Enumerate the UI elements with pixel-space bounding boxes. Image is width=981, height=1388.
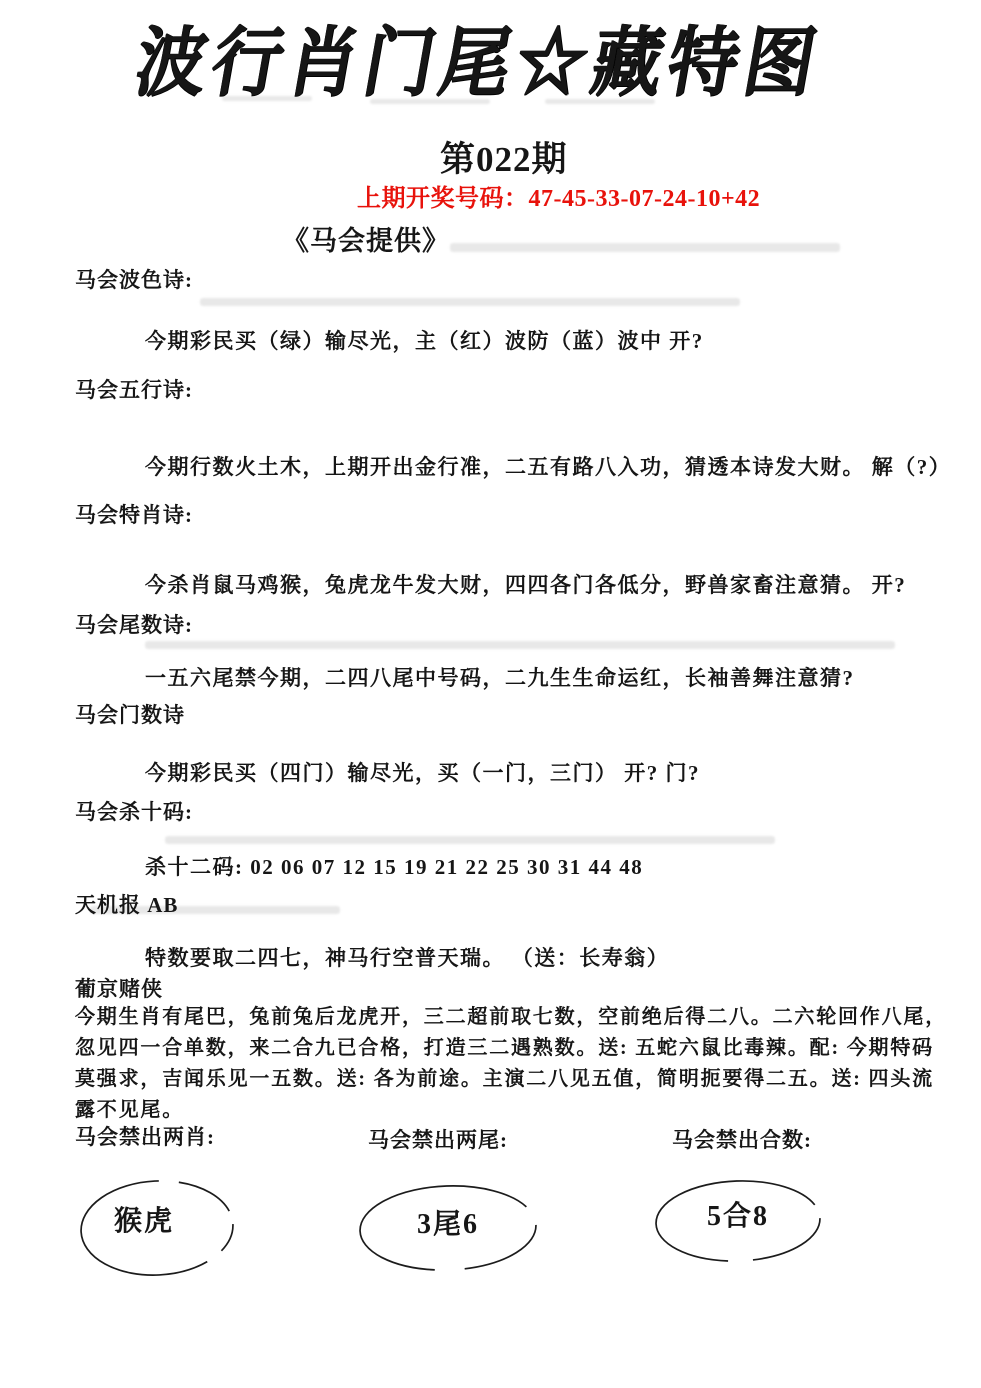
scan-smudge [222,96,312,101]
forbidden-zodiac-value: 猴虎 [62,1167,226,1271]
poem-wave-color: 今期彩民买（绿）输尽光，主（红）波防（蓝）波中 开? [145,325,704,355]
poem-tail-number: 一五六尾禁今期，二四八尾中号码，二九生生命运红，长袖善舞注意猜? [145,662,855,692]
scan-smudge [450,243,840,252]
pujing-line: 莫强求，吉闻乐见一五数。送: 各为前途。主演二八见五值，简明扼要得二五。送: 四… [75,1064,935,1095]
last-draw-numbers: 上期开奖号码：47-45-33-07-24-10+42 [357,178,760,213]
scan-smudge [200,298,740,306]
section-heading-gate-number: 马会门数诗 [75,699,185,729]
section-heading-kill-codes: 马会杀十码: [75,796,193,826]
pujing-line: 忽见四一合单数，来二合九已合格，打造三二遇熟数。送: 五蛇六鼠比毒辣。配: 今期… [75,1033,935,1064]
forbidden-tail-value: 3尾6 [352,1176,544,1268]
section-heading-tail-number: 马会尾数诗: [75,609,193,639]
forbidden-tail-badge: 3尾6 [352,1182,544,1274]
section-heading-tianji-report: 天机报 AB [75,889,178,919]
kill-codes-line: 杀十二码: 02 06 07 12 15 19 21 22 25 30 31 4… [145,851,643,881]
section-heading-special-zodiac: 马会特肖诗: [75,499,193,529]
section-heading-wave-color: 马会波色诗: [75,264,193,294]
pujing-paragraph: 今期生肖有尾巴，兔前兔后龙虎开，三二超前取七数，空前绝后得二八。二六轮回作八尾，… [75,1002,935,1126]
poem-special-zodiac: 今杀肖鼠马鸡猴，兔虎龙牛发大财，四四各门各低分，野兽家畜注意猜。 开? [145,569,906,599]
tianji-poem: 特数要取二四七，神马行空普天瑞。 （送：长寿翁） [145,942,669,972]
provider-title: 《马会提供》 [282,219,450,258]
issue-number: 第022期 [440,132,568,182]
masthead-title: 波行肖门尾☆藏特图 [128,2,831,111]
forbidden-zodiac-badge: 猴虎 [75,1176,239,1280]
forbidden-sum-badge: 5合8 [648,1178,828,1264]
forbidden-sum-label: 马会禁出合数: [672,1124,812,1154]
forbidden-zodiac-label: 马会禁出两肖: [75,1121,215,1151]
forbidden-sum-value: 5合8 [648,1171,828,1257]
section-heading-pujing: 葡京赌侠 [75,973,163,1003]
scan-smudge [145,641,895,649]
scan-smudge [370,99,490,104]
scan-smudge [545,99,655,104]
document-page: 波行肖门尾☆藏特图 第022期 上期开奖号码：47-45-33-07-24-10… [0,0,981,1388]
poem-gate-number: 今期彩民买（四门）输尽光，买（一门，三门） 开? 门? [145,757,700,787]
poem-five-elements: 今期行数火土木，上期开出金行准，二五有路八入功，猜透本诗发大财。 解（?） [145,451,951,481]
section-heading-five-elements: 马会五行诗: [75,374,193,404]
forbidden-tail-label: 马会禁出两尾: [368,1124,508,1154]
scan-smudge [165,836,775,844]
pujing-line: 今期生肖有尾巴，兔前兔后龙虎开，三二超前取七数，空前绝后得二八。二六轮回作八尾， [75,1002,935,1033]
